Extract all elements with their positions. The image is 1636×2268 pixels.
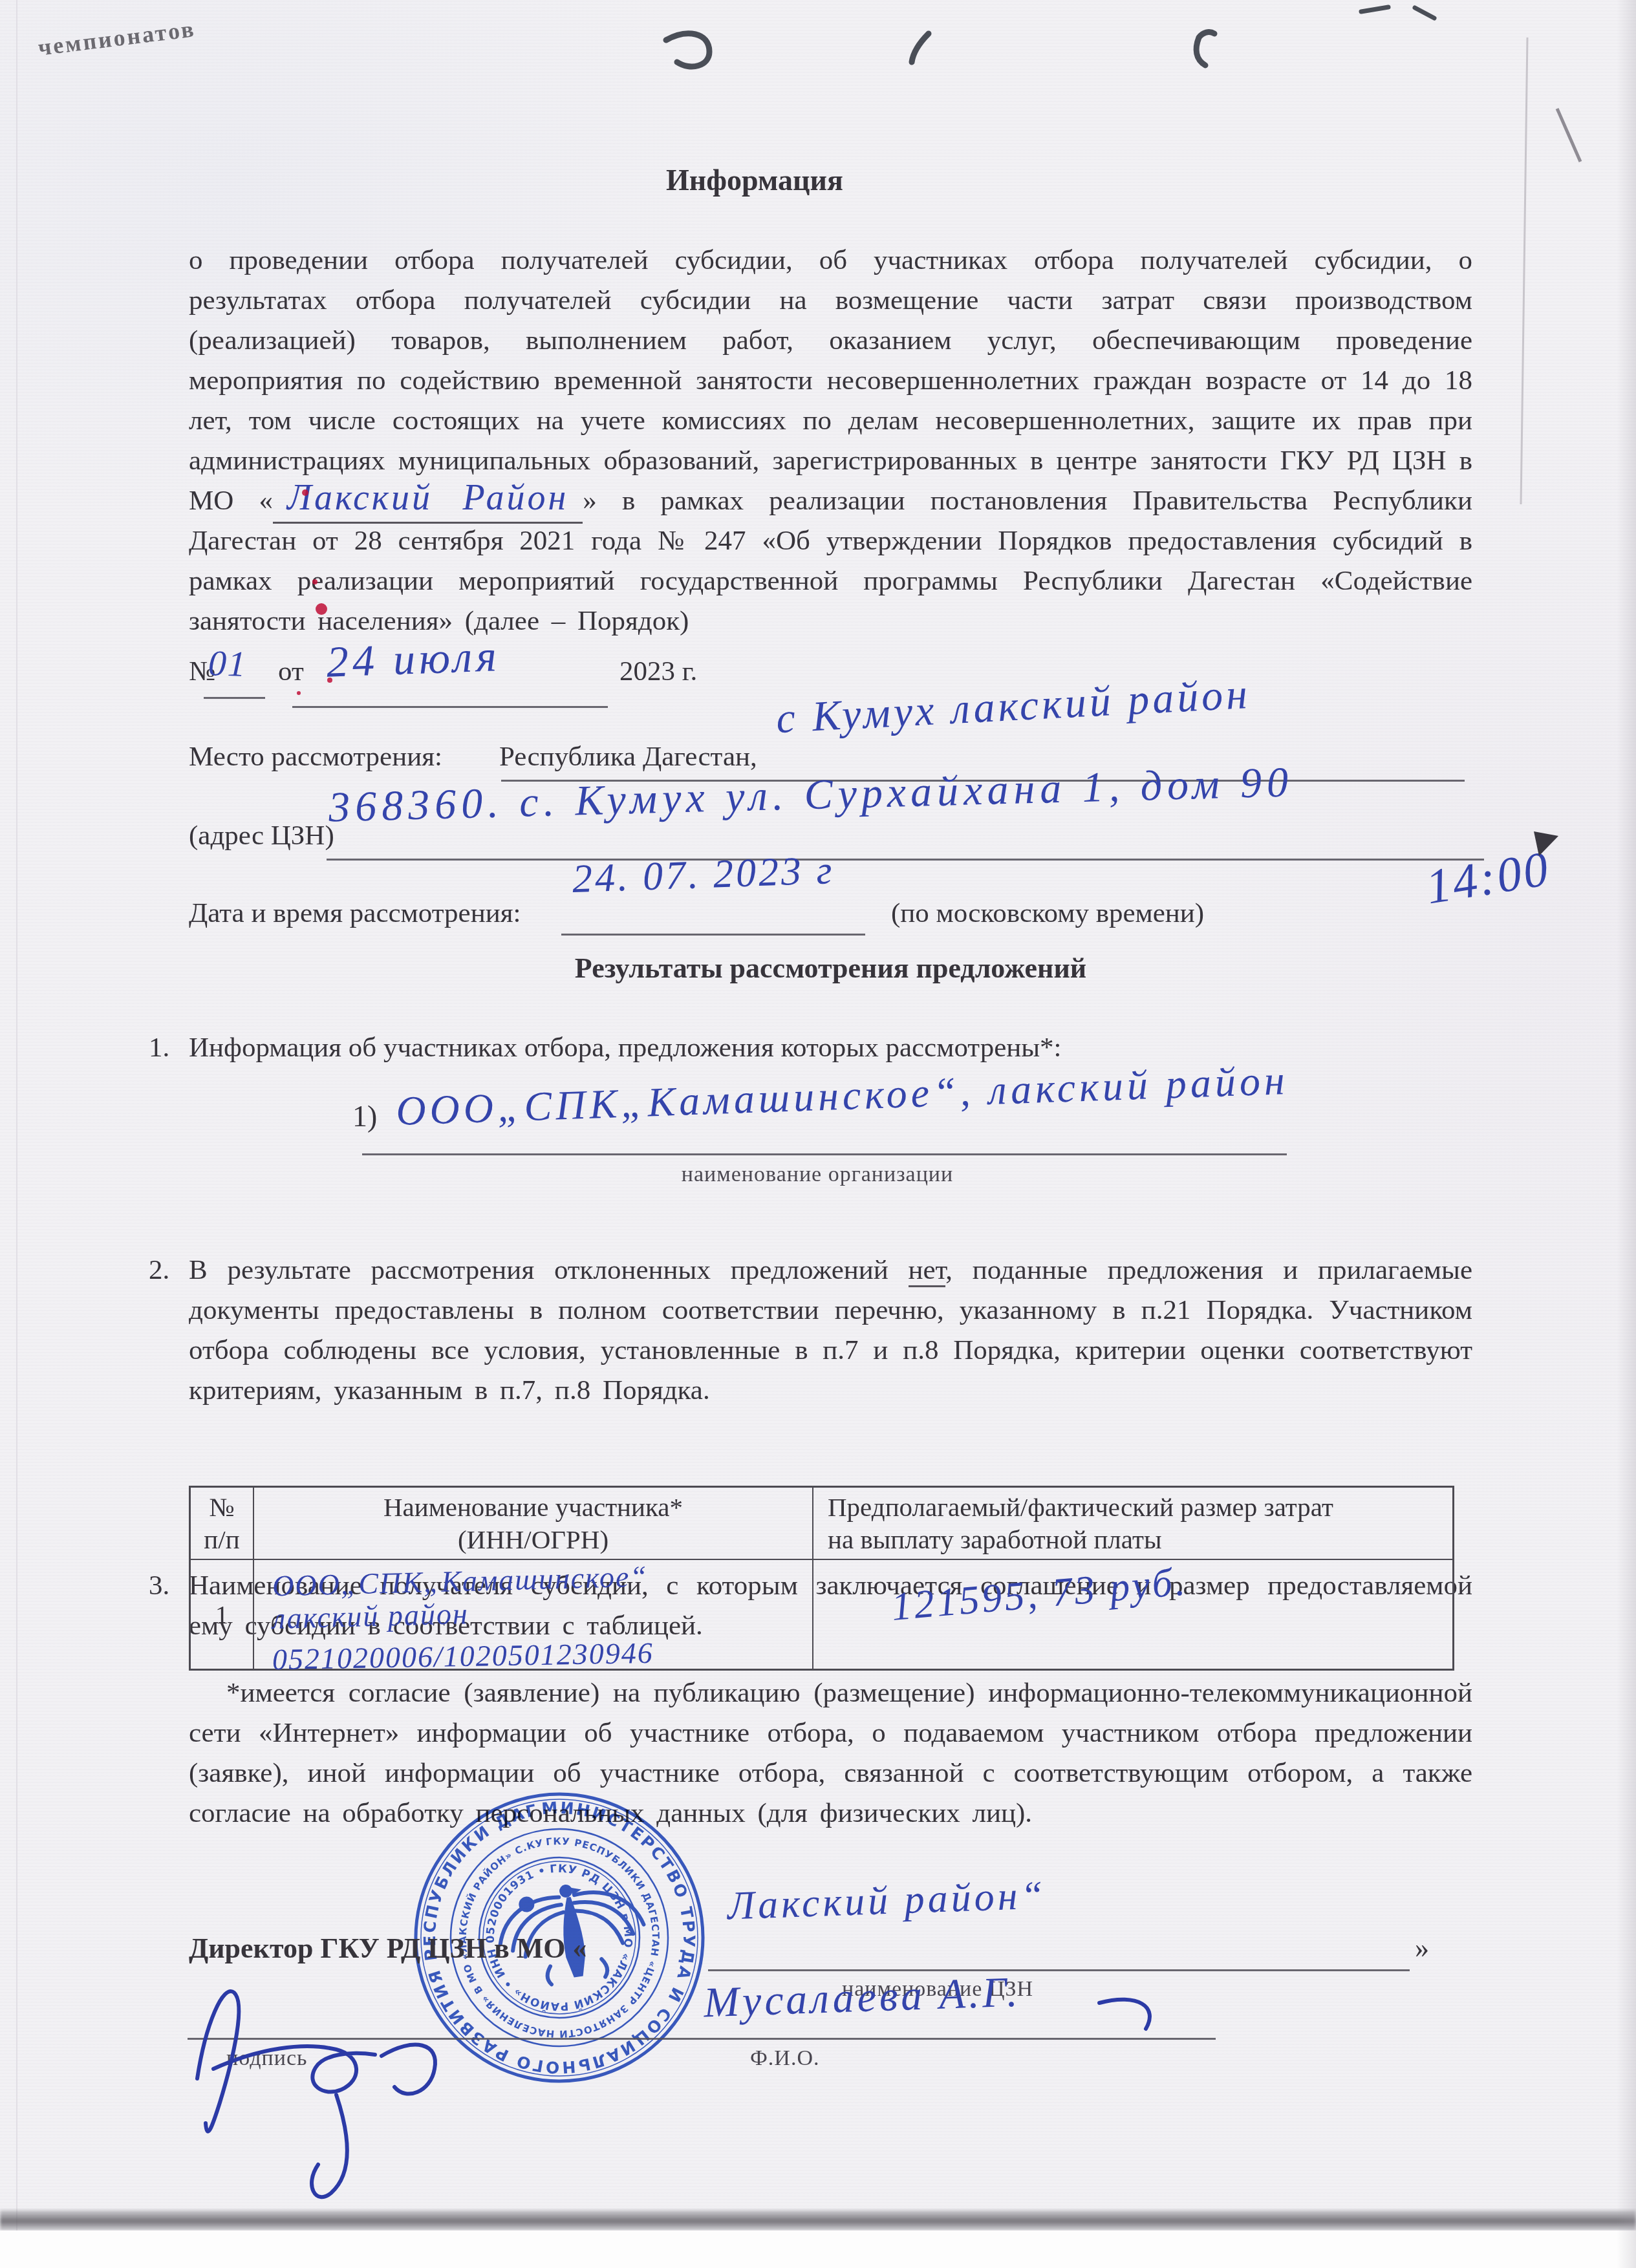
signature-underline xyxy=(188,2008,1216,2040)
intro-district-handwritten: Лакский Район xyxy=(273,478,583,524)
footnote-paragraph: *имеется согласие (заявление) на публика… xyxy=(189,1673,1472,1834)
table-row-num: 1 xyxy=(191,1560,254,1669)
list-item-2-text-before: В результате рассмотрения отклоненных пр… xyxy=(189,1255,909,1285)
table-header-participant: Наименование участника* (ИНН/ОГРН) xyxy=(254,1488,813,1560)
fio-caption: Ф.И.О. xyxy=(750,2046,819,2071)
doc-date-underline xyxy=(292,672,608,708)
left-edge-scan-line xyxy=(17,0,89,2268)
signature-caption: подпись xyxy=(226,2046,308,2071)
table-row-participant-inn: 0521020006/1020501230946 xyxy=(272,1636,654,1677)
director-district-handwritten: Лакский район“ xyxy=(727,1872,1047,1929)
list-item-2: 2. В результате рассмотрения отклоненных… xyxy=(189,1250,1472,1411)
list-item-3-number: 3. xyxy=(149,1566,169,1606)
paper-bottom-edge-shadow xyxy=(0,2210,1636,2231)
datetime-label: Дата и время рассмотрения: xyxy=(189,893,521,934)
director-underline xyxy=(708,1940,1410,1971)
table-row-amount-handwritten: 121595, 73 руб. xyxy=(890,1565,1189,1623)
doc-year: 2023 г. xyxy=(619,652,697,692)
doc-number-underline xyxy=(204,672,265,699)
results-heading: Результаты рассмотрения предложений xyxy=(189,952,1472,985)
place-handwritten: с Кумух лакский район xyxy=(775,670,1252,744)
organization-underline xyxy=(362,1124,1287,1155)
fold-line xyxy=(1521,37,1580,856)
subsidy-table: № п/п Наименование участника* (ИНН/ОГРН)… xyxy=(189,1486,1454,1671)
document-title: Информация xyxy=(666,163,843,197)
address-label: (адрес ЦЗН) xyxy=(189,816,334,856)
table-header-amount: Предполагаемый/фактический размер затрат… xyxy=(813,1488,1452,1560)
previous-page-fragment: чемпионатов xyxy=(36,15,197,61)
datetime-timezone: (по московскому времени) xyxy=(891,893,1204,934)
list-item-2-number: 2. xyxy=(149,1250,169,1290)
datetime-date-handwritten: 24. 07. 2023 г xyxy=(572,848,835,903)
place-label: Место рассмотрения: xyxy=(189,737,442,777)
intro-text-start: о проведении отбора получателей субсидии… xyxy=(189,245,1472,516)
table-header-num: № п/п xyxy=(191,1488,254,1560)
pen-scribble-marks xyxy=(666,7,1434,67)
table-row-participant-name2: лакский район xyxy=(272,1596,469,1636)
list-item-1-number: 1. xyxy=(149,1028,169,1068)
director-label: Директор ГКУ РД ЦЗН в МО « xyxy=(189,1932,587,1965)
intro-paragraph: о проведении отбора получателей субсидии… xyxy=(189,241,1472,641)
right-edge-scan-shading xyxy=(1617,0,1636,2268)
list-item-2-underlined-word: нет xyxy=(909,1255,946,1287)
director-closing-quote: » xyxy=(1415,1932,1429,1965)
table-row-participant: ООО„СПК„Камашинское“ лакский район 05210… xyxy=(254,1560,813,1669)
organization-caption: наименование организации xyxy=(429,1162,1205,1187)
address-underline xyxy=(327,829,1484,861)
scanner-background-strip xyxy=(0,2231,1636,2268)
table-row-amount: 121595, 73 руб. xyxy=(813,1560,1452,1669)
datetime-underline xyxy=(561,904,865,936)
